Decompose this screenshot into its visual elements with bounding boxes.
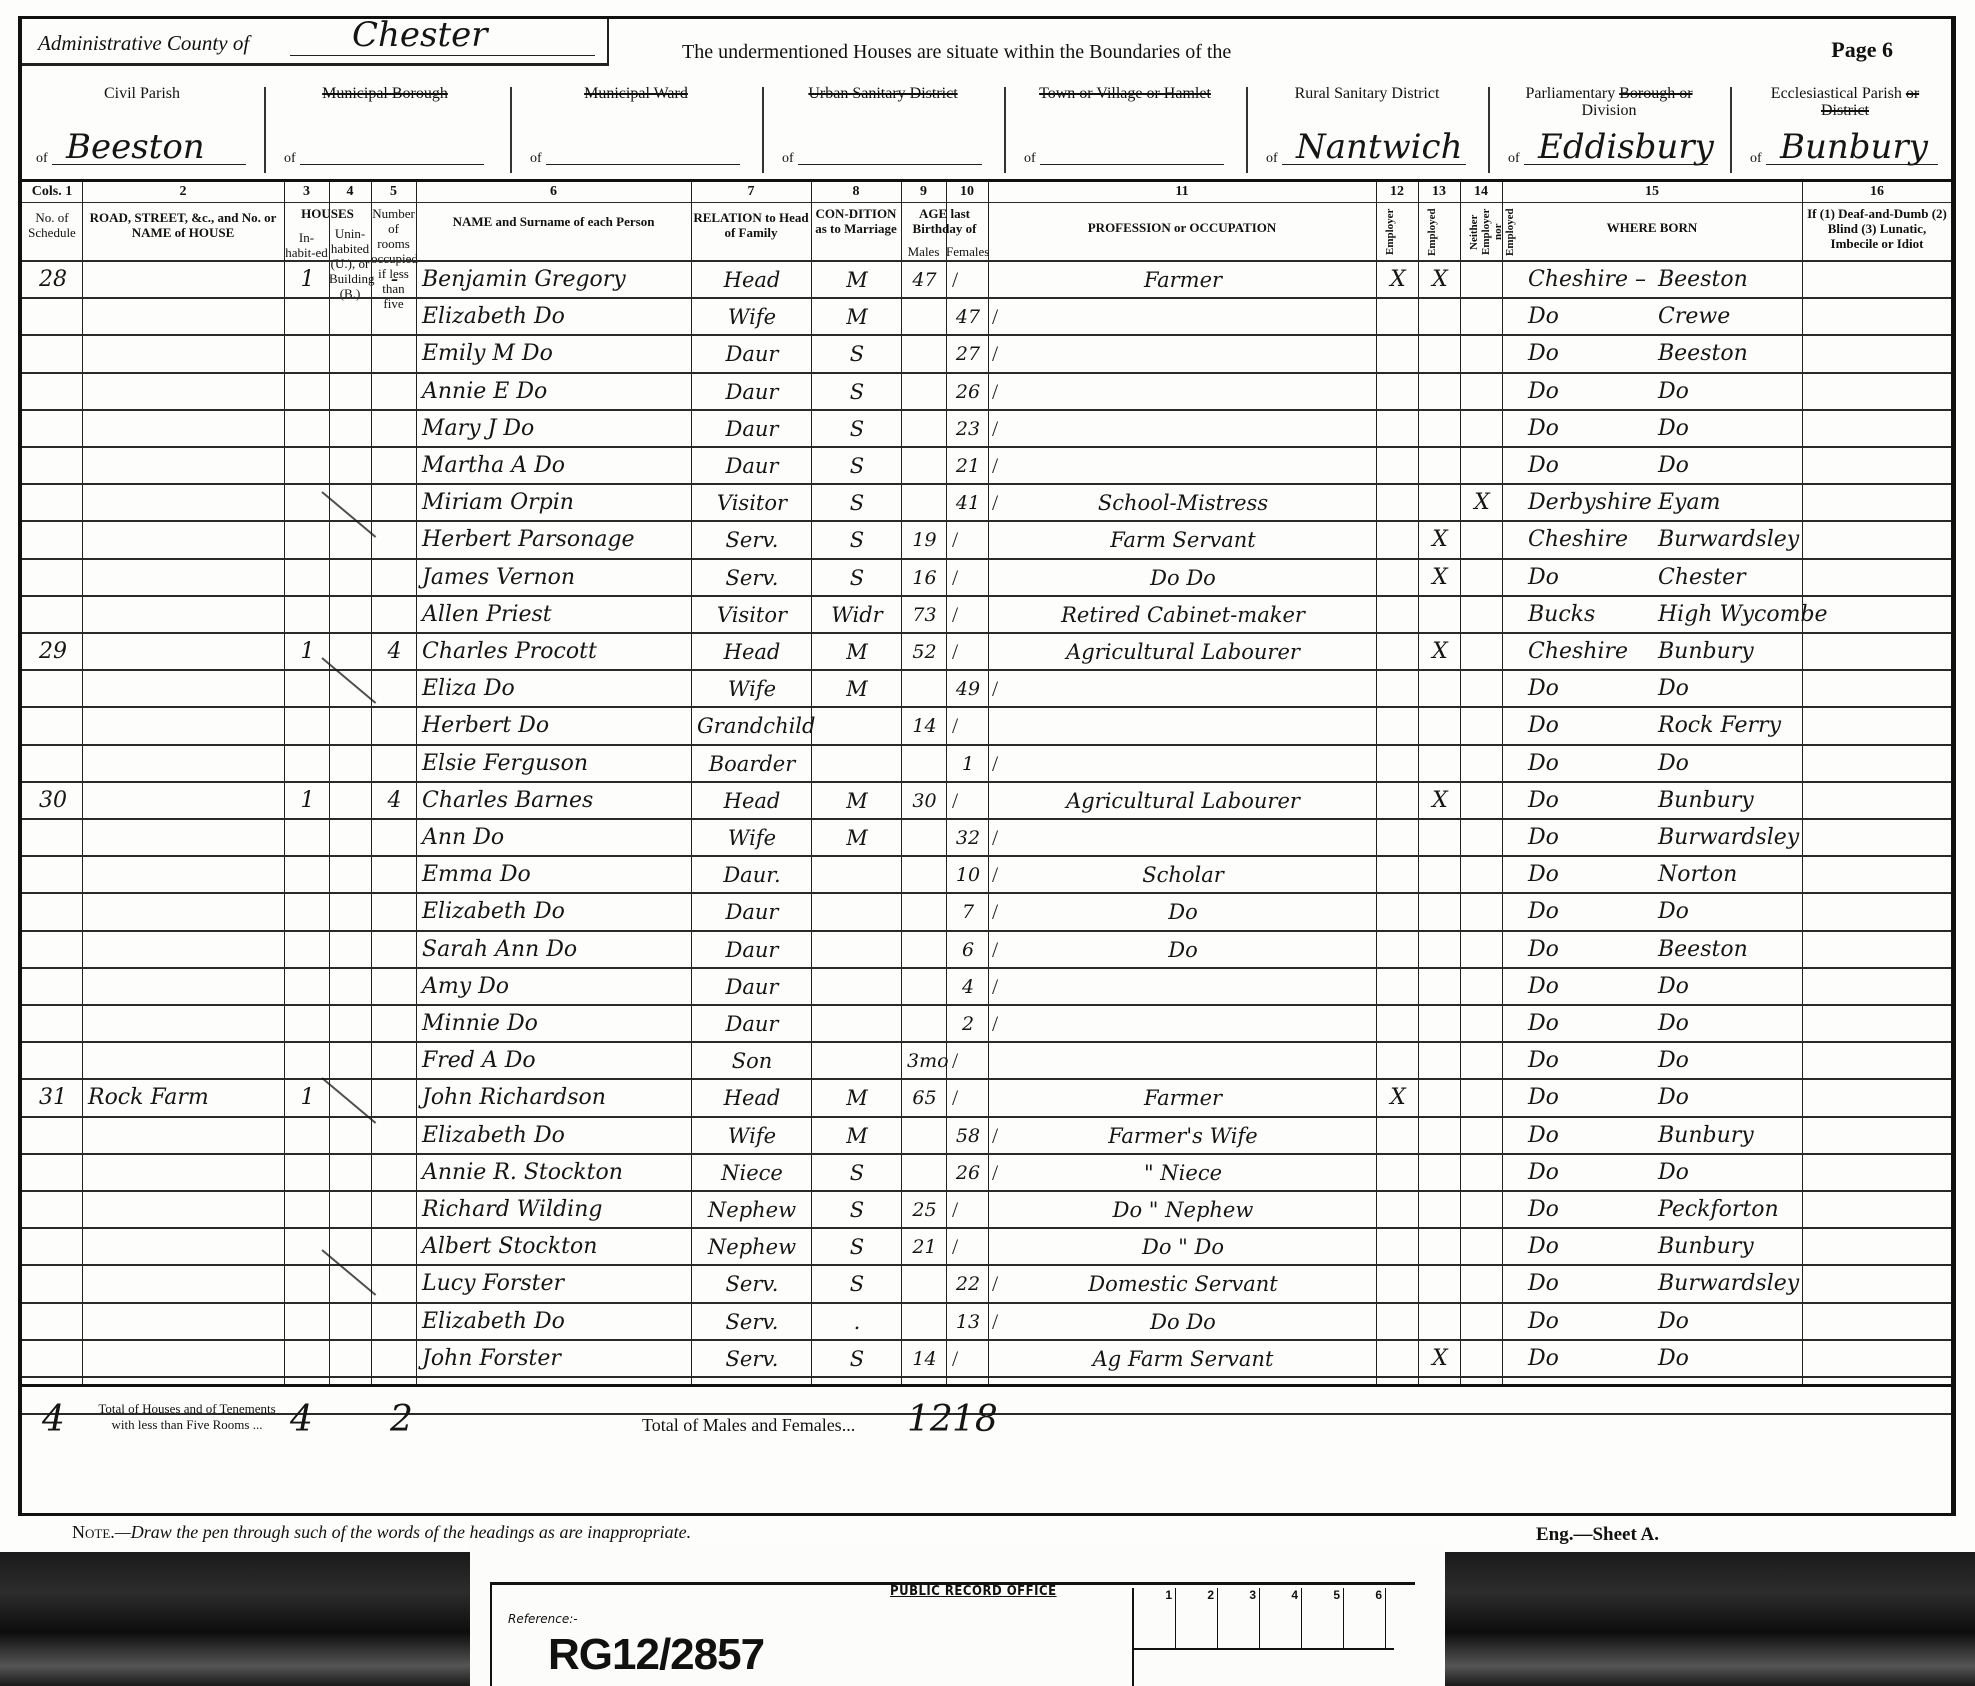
cell-employed [1424,855,1456,892]
cell-rooms [377,372,412,409]
cell-neither [1466,595,1498,632]
cell-road [88,409,280,446]
of-label: of [36,151,48,167]
cell-infirmity [1808,818,1948,855]
cell-road [88,595,280,632]
admin-county-value: Chester [352,15,488,55]
cell-employer [1382,483,1414,520]
cell-name: Mary J Do [422,409,687,446]
born-county: Do [1528,1004,1559,1044]
cell-infirmity [1808,855,1948,892]
cell-schedule: 29 [28,632,78,669]
column-number: 11 [988,184,1376,200]
boundary-label: Municipal Borough [322,85,448,102]
born-county: Do [1528,1302,1559,1342]
boundary-civil-parish: Civil Parish of Beeston [22,79,262,175]
cell-rooms: 4 [377,781,412,818]
cell-employer [1382,520,1414,557]
born-place: Bunbury [1658,632,1754,672]
cell-relation: Head [697,260,807,297]
cell-rooms [377,669,412,706]
cell-employer [1382,1227,1414,1264]
cell-inhabited [290,409,325,446]
cell-employed: X [1424,781,1456,818]
cell-schedule [28,855,78,892]
cell-relation: Son [697,1041,807,1078]
cell-infirmity [1808,372,1948,409]
table-row: 281-Benjamin GregoryHeadM47FarmerXXChesh… [22,260,1951,297]
cell-name: Emma Do [422,855,687,892]
cell-born: DoDo [1508,409,1798,446]
cell-relation: Wife [697,669,807,706]
born-place: Do [1658,1339,1689,1379]
cell-name: Albert Stockton [422,1227,687,1264]
cell-schedule: 31 [28,1078,78,1115]
born-county: Cheshire [1528,520,1628,560]
tally-tick: / [992,930,1012,967]
pro-reference-label: PUBLIC RECORD OFFICE Reference:- RG12/28… [470,1544,1445,1686]
cell-schedule [28,706,78,743]
cell-road [88,892,280,929]
cell-male-age: 73 [907,595,942,632]
cell-occupation: Do Do [994,1302,1372,1339]
cell-occupation [994,1041,1372,1078]
note-text: —Draw the pen through such of the words … [115,1522,691,1542]
cell-name: Amy Do [422,967,687,1004]
table-row: John ForsterServ.S14Ag Farm ServantXDoDo… [22,1339,1951,1376]
cell-neither [1466,1227,1498,1264]
born-county: Do [1528,1078,1559,1118]
cell-condition: M [817,1078,897,1115]
header-employer: Employer [1384,208,1410,256]
boundary-parliamentary: Parliamentary Borough orDivision of Eddi… [1494,79,1724,175]
cell-rooms [377,297,412,334]
cell-born: DerbyshireEyam [1508,483,1798,520]
table-row: Annie E DoDaurS26DoDo/ [22,372,1951,409]
born-county: Do [1528,930,1559,970]
cell-employed [1424,967,1456,1004]
cell-born: BucksHigh Wycombe [1508,595,1798,632]
cell-inhabited [290,483,325,520]
boundaries-row: Civil Parish of Beeston Municipal Boroug… [22,79,1951,179]
cell-inhabited [290,892,325,929]
cell-road [88,1004,280,1041]
cell-rooms [377,595,412,632]
divider [510,87,512,173]
header-name: NAME and Surname of each Person [422,214,685,229]
cell-female-age: 6 [952,930,984,967]
cell-neither [1466,334,1498,371]
cell-inhabited [290,1041,325,1078]
cell-uninhabited [335,1153,367,1190]
cell-inhabited [290,930,325,967]
cell-female-age: 23 [952,409,984,446]
cell-male-age [907,744,942,781]
tally-tick: / [992,334,1012,371]
cell-rooms [377,520,412,557]
cell-employer [1382,967,1414,1004]
cell-relation: Serv. [697,558,807,595]
houses-total-label: Total of Houses and of Tenements with le… [97,1401,277,1433]
cell-inhabited [290,520,325,557]
cell-male-age [907,446,942,483]
header-condition: CON-DITION as to Marriage [811,206,901,236]
table-row: Annie R. StocktonNieceS26" NieceDoDo/ [22,1153,1951,1190]
cell-born: DoBurwardsley [1508,1264,1798,1301]
born-place: Bunbury [1658,781,1754,821]
cell-infirmity [1808,744,1948,781]
cell-name: Charles Barnes [422,781,687,818]
cell-occupation [994,372,1372,409]
cell-employer: X [1382,260,1414,297]
cell-occupation: School-Mistress [994,483,1372,520]
cell-neither [1466,855,1498,892]
cell-occupation [994,669,1372,706]
cell-rooms [377,1302,412,1339]
cell-condition: S [817,409,897,446]
cell-neither [1466,892,1498,929]
cell-infirmity [1808,632,1948,669]
cell-schedule: 28 [28,260,78,297]
cell-infirmity [1808,1153,1948,1190]
cell-inhabited [290,595,325,632]
header-houses: HOUSES [284,206,371,221]
cell-female-age: 1 [952,744,984,781]
born-county: Cheshire [1528,632,1628,672]
cell-relation: Nephew [697,1190,807,1227]
column-number: 5 [371,184,416,200]
cell-relation: Serv. [697,1339,807,1376]
cell-uninhabited [335,855,367,892]
cell-occupation [994,818,1372,855]
cell-employed [1424,669,1456,706]
born-place: Crewe [1658,297,1730,337]
column-number: 9 [901,184,946,200]
cell-uninhabited [335,1339,367,1376]
pro-box-rule [1134,1648,1394,1650]
cell-condition: S [817,520,897,557]
cell-road [88,967,280,1004]
cell-occupation: Do " Nephew [994,1190,1372,1227]
cell-male-age [907,892,942,929]
column-number: 14 [1460,184,1502,200]
cell-uninhabited [335,409,367,446]
cell-born: DoPeckforton [1508,1190,1798,1227]
born-place: Eyam [1658,483,1720,523]
header-neither: Neither Employer nor Employed [1468,208,1494,256]
table-row: Elizabeth DoDaur7DoDoDo/ [22,892,1951,929]
cell-female-age: 49 [952,669,984,706]
cell-employer [1382,930,1414,967]
cell-uninhabited [335,334,367,371]
cell-occupation: Domestic Servant [994,1264,1372,1301]
cell-occupation: Do [994,930,1372,967]
born-place: Do [1658,409,1689,449]
cell-relation: Daur [697,372,807,409]
table-row: 2914Charles ProcottHeadM52Agricultural L… [22,632,1951,669]
header-males: Males [901,244,946,259]
cell-road [88,334,280,371]
cell-schedule [28,669,78,706]
born-place: Do [1658,372,1689,412]
cell-uninhabited [335,372,367,409]
pro-box: 2 [1176,1588,1218,1648]
cell-male-age [907,818,942,855]
pro-box: 5 [1302,1588,1344,1648]
table-row: Allen PriestVisitorWidr73Retired Cabinet… [22,595,1951,632]
cell-infirmity [1808,930,1948,967]
born-county: Do [1528,967,1559,1007]
cell-born: DoCrewe [1508,297,1798,334]
cell-male-age [907,372,942,409]
cell-female-age: 4 [952,967,984,1004]
cell-inhabited [290,334,325,371]
cell-neither [1466,1041,1498,1078]
underline [1040,164,1224,165]
cell-inhabited [290,297,325,334]
cell-rooms [377,1339,412,1376]
cell-inhabited [290,1153,325,1190]
tally-tick: / [952,706,972,743]
divider [1246,87,1248,173]
table-row: Herbert DoGrandchild14DoRock Ferry/ [22,706,1951,743]
header-rule [22,202,1951,203]
cell-neither [1466,744,1498,781]
cell-occupation: Do " Do [994,1227,1372,1264]
total-females: 18 [952,1399,998,1440]
pro-box: 1 [1134,1588,1176,1648]
boundary-label: Municipal Ward [584,85,688,102]
cell-employed [1424,1264,1456,1301]
cell-infirmity [1808,520,1948,557]
cell-infirmity [1808,1302,1948,1339]
cell-relation: Daur [697,892,807,929]
cell-schedule [28,595,78,632]
boundary-urban-sanitary: Urban Sanitary District of [768,79,998,175]
note-prefix: Note. [72,1522,115,1542]
cell-male-age [907,930,942,967]
cell-schedule [28,818,78,855]
cell-uninhabited [335,930,367,967]
cell-name: John Richardson [422,1078,687,1115]
cell-neither [1466,1302,1498,1339]
cell-employer [1382,892,1414,929]
cell-condition [817,855,897,892]
born-place: Burwardsley [1658,1264,1799,1304]
cell-condition [817,1041,897,1078]
cell-road [88,781,280,818]
cell-born: DoRock Ferry [1508,706,1798,743]
cell-employer [1382,1041,1414,1078]
cell-condition: S [817,334,897,371]
cell-male-age: 52 [907,632,942,669]
reference-label: Reference:- [508,1612,578,1626]
cell-neither [1466,706,1498,743]
cell-neither [1466,1004,1498,1041]
tally-tick: / [952,1227,972,1264]
of-label: of [1508,151,1520,167]
cell-condition: Widr [817,595,897,632]
cell-employer [1382,669,1414,706]
cell-condition: S [817,1227,897,1264]
cell-inhabited [290,669,325,706]
cell-name: Minnie Do [422,1004,687,1041]
cell-schedule [28,446,78,483]
cell-employer [1382,632,1414,669]
cell-schedule [28,409,78,446]
cell-occupation: Do [994,892,1372,929]
table-row: Emily M DoDaurS27DoBeeston/ [22,334,1951,371]
cell-infirmity [1808,595,1948,632]
tally-tick: / [992,892,1012,929]
cell-condition: M [817,669,897,706]
born-county: Do [1528,1041,1559,1081]
cell-inhabited [290,1264,325,1301]
cell-male-age [907,669,942,706]
tally-tick: / [992,372,1012,409]
cell-condition: S [817,483,897,520]
pro-number-boxes: 123456 [1132,1588,1394,1686]
tally-tick: / [952,1078,972,1115]
cell-neither [1466,297,1498,334]
cell-employed [1424,1041,1456,1078]
cell-inhabited [290,558,325,595]
cell-condition: S [817,1153,897,1190]
column-number: 16 [1802,184,1952,200]
born-place: Burwardsley [1658,818,1799,858]
header-schedule: No. of Schedule [22,210,82,240]
cell-female-age: 27 [952,334,984,371]
divider [1488,87,1490,173]
cell-road [88,744,280,781]
cell-relation: Daur [697,1004,807,1041]
cell-relation: Visitor [697,595,807,632]
cell-schedule [28,372,78,409]
cell-infirmity [1808,967,1948,1004]
born-county: Derbyshire [1528,483,1652,523]
cell-rooms [377,483,412,520]
cell-relation: Head [697,632,807,669]
born-county: Do [1528,818,1559,858]
cell-male-age [907,967,942,1004]
table-row: Miriam OrpinVisitorS41School-MistressXDe… [22,483,1951,520]
divider [264,87,266,173]
cell-born: DoBunbury [1508,1227,1798,1264]
born-place: Burwardsley [1658,520,1799,560]
boundary-label: Ecclesiastical Parish orDistrict [1736,85,1954,119]
cell-name: Annie E Do [422,372,687,409]
cell-neither [1466,558,1498,595]
born-county: Do [1528,1227,1559,1267]
born-county: Do [1528,1153,1559,1193]
cell-road [88,1302,280,1339]
of-label: of [1750,151,1762,167]
cell-employer [1382,706,1414,743]
cell-female-age: 47 [952,297,984,334]
tally-tick: / [992,967,1012,1004]
cell-employer [1382,818,1414,855]
cell-road [88,1116,280,1153]
cell-neither [1466,818,1498,855]
cell-relation: Serv. [697,520,807,557]
cell-occupation [994,706,1372,743]
cell-relation: Visitor [697,483,807,520]
reference-number: RG12/2857 [548,1630,764,1680]
total-tenements: 2 [390,1399,413,1440]
column-number: 13 [1418,184,1460,200]
cell-male-age [907,297,942,334]
cell-neither [1466,520,1498,557]
born-county: Do [1528,334,1559,374]
cell-employed [1424,1227,1456,1264]
born-county: Do [1528,1190,1559,1230]
born-county: Do [1528,892,1559,932]
cell-employer [1382,446,1414,483]
cell-infirmity [1808,1078,1948,1115]
cell-road [88,1153,280,1190]
cell-female-age: 32 [952,818,984,855]
cell-neither [1466,669,1498,706]
cell-infirmity [1808,446,1948,483]
born-county: Do [1528,1116,1559,1156]
cell-uninhabited [335,744,367,781]
cell-relation: Head [697,781,807,818]
table-row: Emma DoDaur.10ScholarDoNorton/ [22,855,1951,892]
table-row: Sarah Ann DoDaur6DoDoBeeston/ [22,930,1951,967]
cell-rooms: 4 [377,632,412,669]
underline [798,164,982,165]
header-inhabited: In-habit-ed [284,230,329,260]
tally-tick: / [992,483,1012,520]
cell-employer [1382,595,1414,632]
cell-employer [1382,297,1414,334]
boundary-rural-sanitary: Rural Sanitary District of Nantwich [1252,79,1482,175]
header-infirmity: If (1) Deaf-and-Dumb (2) Blind (3) Lunat… [1806,206,1948,251]
cell-condition: M [817,260,897,297]
cell-employed [1424,409,1456,446]
cell-schedule [28,483,78,520]
cell-born: DoBeeston [1508,930,1798,967]
cell-inhabited [290,967,325,1004]
cell-schedule [28,1153,78,1190]
born-place: Beeston [1658,260,1748,300]
mf-total-label: Total of Males and Females... [642,1415,855,1436]
cell-road [88,446,280,483]
cell-uninhabited [335,706,367,743]
cell-employed [1424,744,1456,781]
cell-male-age [907,409,942,446]
born-county: Do [1528,669,1559,709]
cell-relation: Nephew [697,1227,807,1264]
boundary-municipal-ward: Municipal Ward of [516,79,756,175]
cell-condition [817,967,897,1004]
cell-inhabited [290,744,325,781]
cell-born: DoDo [1508,967,1798,1004]
tally-tick: / [992,409,1012,446]
cell-infirmity [1808,1041,1948,1078]
cell-schedule [28,744,78,781]
cell-name: Sarah Ann Do [422,930,687,967]
tally-tick: / [992,1153,1012,1190]
rural-sanitary-value: Nantwich [1296,127,1463,167]
header-where-born: WHERE BORN [1502,220,1802,235]
cell-inhabited: 1 [290,781,325,818]
cell-employer [1382,1116,1414,1153]
cell-rooms [377,744,412,781]
cell-male-age [907,1116,942,1153]
tally-tick: / [952,1041,972,1078]
born-place: Do [1658,446,1689,486]
